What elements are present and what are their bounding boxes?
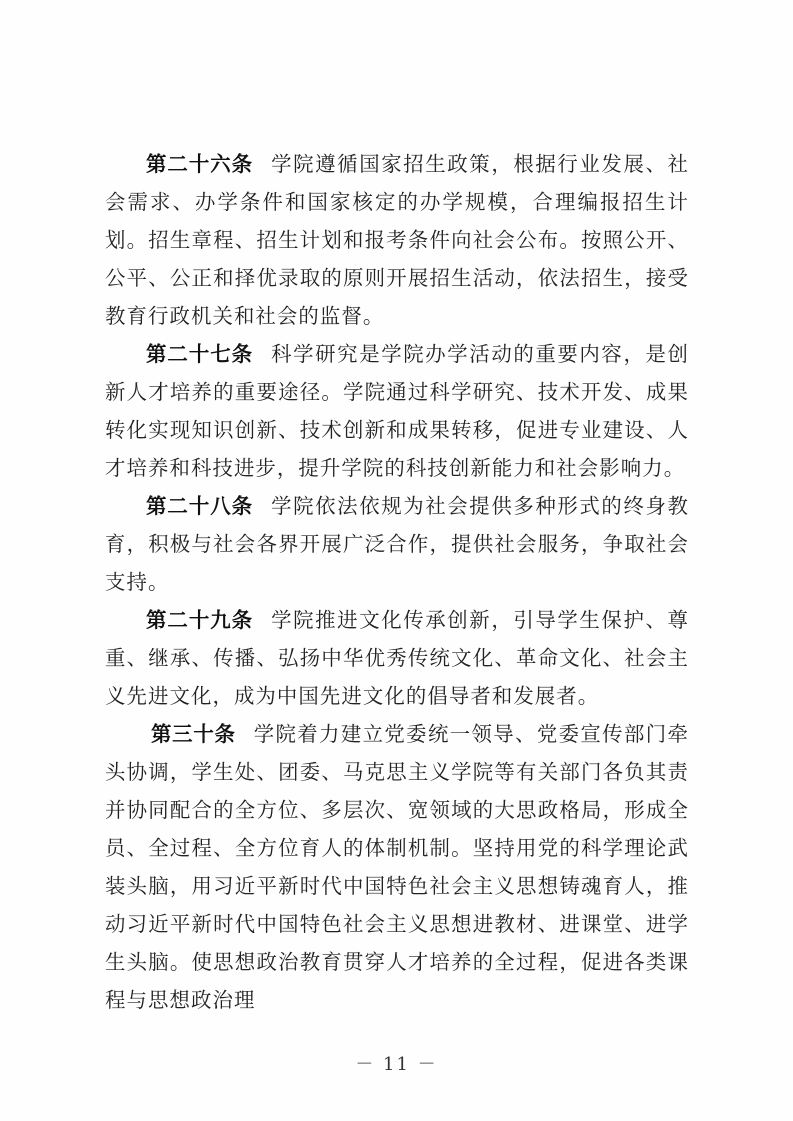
page-number: － 11 － — [0, 1050, 793, 1076]
article-number: 第三十条 — [151, 722, 236, 746]
article-number: 第二十九条 — [146, 608, 253, 632]
article-text: 学院着力建立党委统一领导、党委宣传部门牵头协调，学生处、团委、马克思主义学院等有… — [105, 722, 689, 1012]
document-page: 第二十六条学院遵循国家招生政策，根据行业发展、社会需求、办学条件和国家核定的办学… — [0, 0, 793, 1121]
article-number: 第二十七条 — [146, 342, 253, 366]
article-26: 第二十六条学院遵循国家招生政策，根据行业发展、社会需求、办学条件和国家核定的办学… — [105, 145, 689, 335]
article-27: 第二十七条科学研究是学院办学活动的重要内容，是创新人才培养的重要途径。学院通过科… — [105, 335, 689, 487]
article-30: 第三十条学院着力建立党委统一领导、党委宣传部门牵头协调，学生处、团委、马克思主义… — [105, 715, 689, 1019]
article-number: 第二十六条 — [146, 152, 253, 176]
article-28: 第二十八条学院依法依规为社会提供多种形式的终身教育，积极与社会各界开展广泛合作，… — [105, 487, 689, 601]
article-29: 第二十九条学院推进文化传承创新，引导学生保护、尊重、继承、传播、弘扬中华优秀传统… — [105, 601, 689, 715]
document-body: 第二十六条学院遵循国家招生政策，根据行业发展、社会需求、办学条件和国家核定的办学… — [105, 145, 689, 1019]
article-number: 第二十八条 — [146, 494, 253, 518]
article-text: 学院遵循国家招生政策，根据行业发展、社会需求、办学条件和国家核定的办学规模，合理… — [105, 152, 689, 328]
